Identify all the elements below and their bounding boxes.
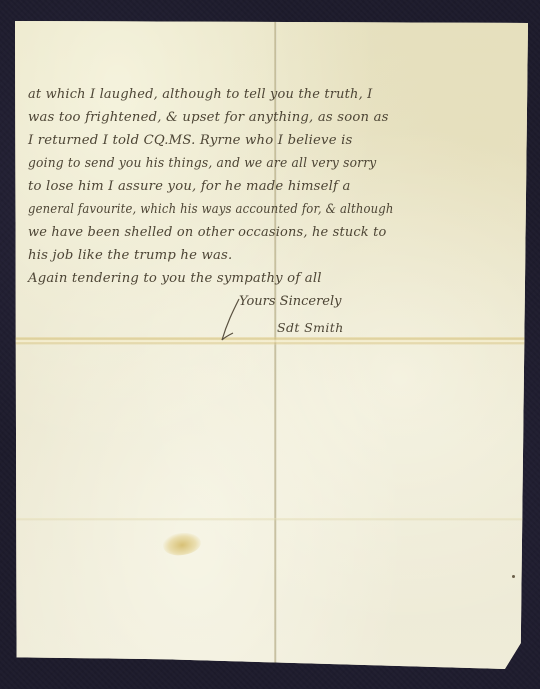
letter-line: Again tendering to you the sympathy of a… <box>28 267 528 290</box>
letter-page: at which I laughed, although to tell you… <box>15 21 528 669</box>
horizontal-fold-line <box>15 337 528 345</box>
letter-line: to lose him I assure you, for he made hi… <box>28 175 528 198</box>
letter-body: at which I laughed, although to tell you… <box>28 83 528 290</box>
valediction: Yours Sincerely <box>239 294 342 309</box>
letter-line: general favourite, which his ways accoun… <box>28 198 468 221</box>
letter-line: at which I laughed, although to tell you… <box>28 83 518 106</box>
letter-line: his job like the trump he was. <box>28 244 528 267</box>
letter-line: going to send you his things, and we are… <box>28 152 493 175</box>
signature: Sdt Smith <box>277 320 344 335</box>
letter-line: we have been shelled on other occasions,… <box>28 221 518 244</box>
letter-line: was too frightened, & upset for anything… <box>28 106 528 129</box>
letter-line: I returned I told CQ.MS. Ryrne who I bel… <box>28 129 528 152</box>
lower-fold-line <box>15 518 528 521</box>
paper-stain <box>162 530 203 557</box>
ink-speck <box>512 575 515 578</box>
